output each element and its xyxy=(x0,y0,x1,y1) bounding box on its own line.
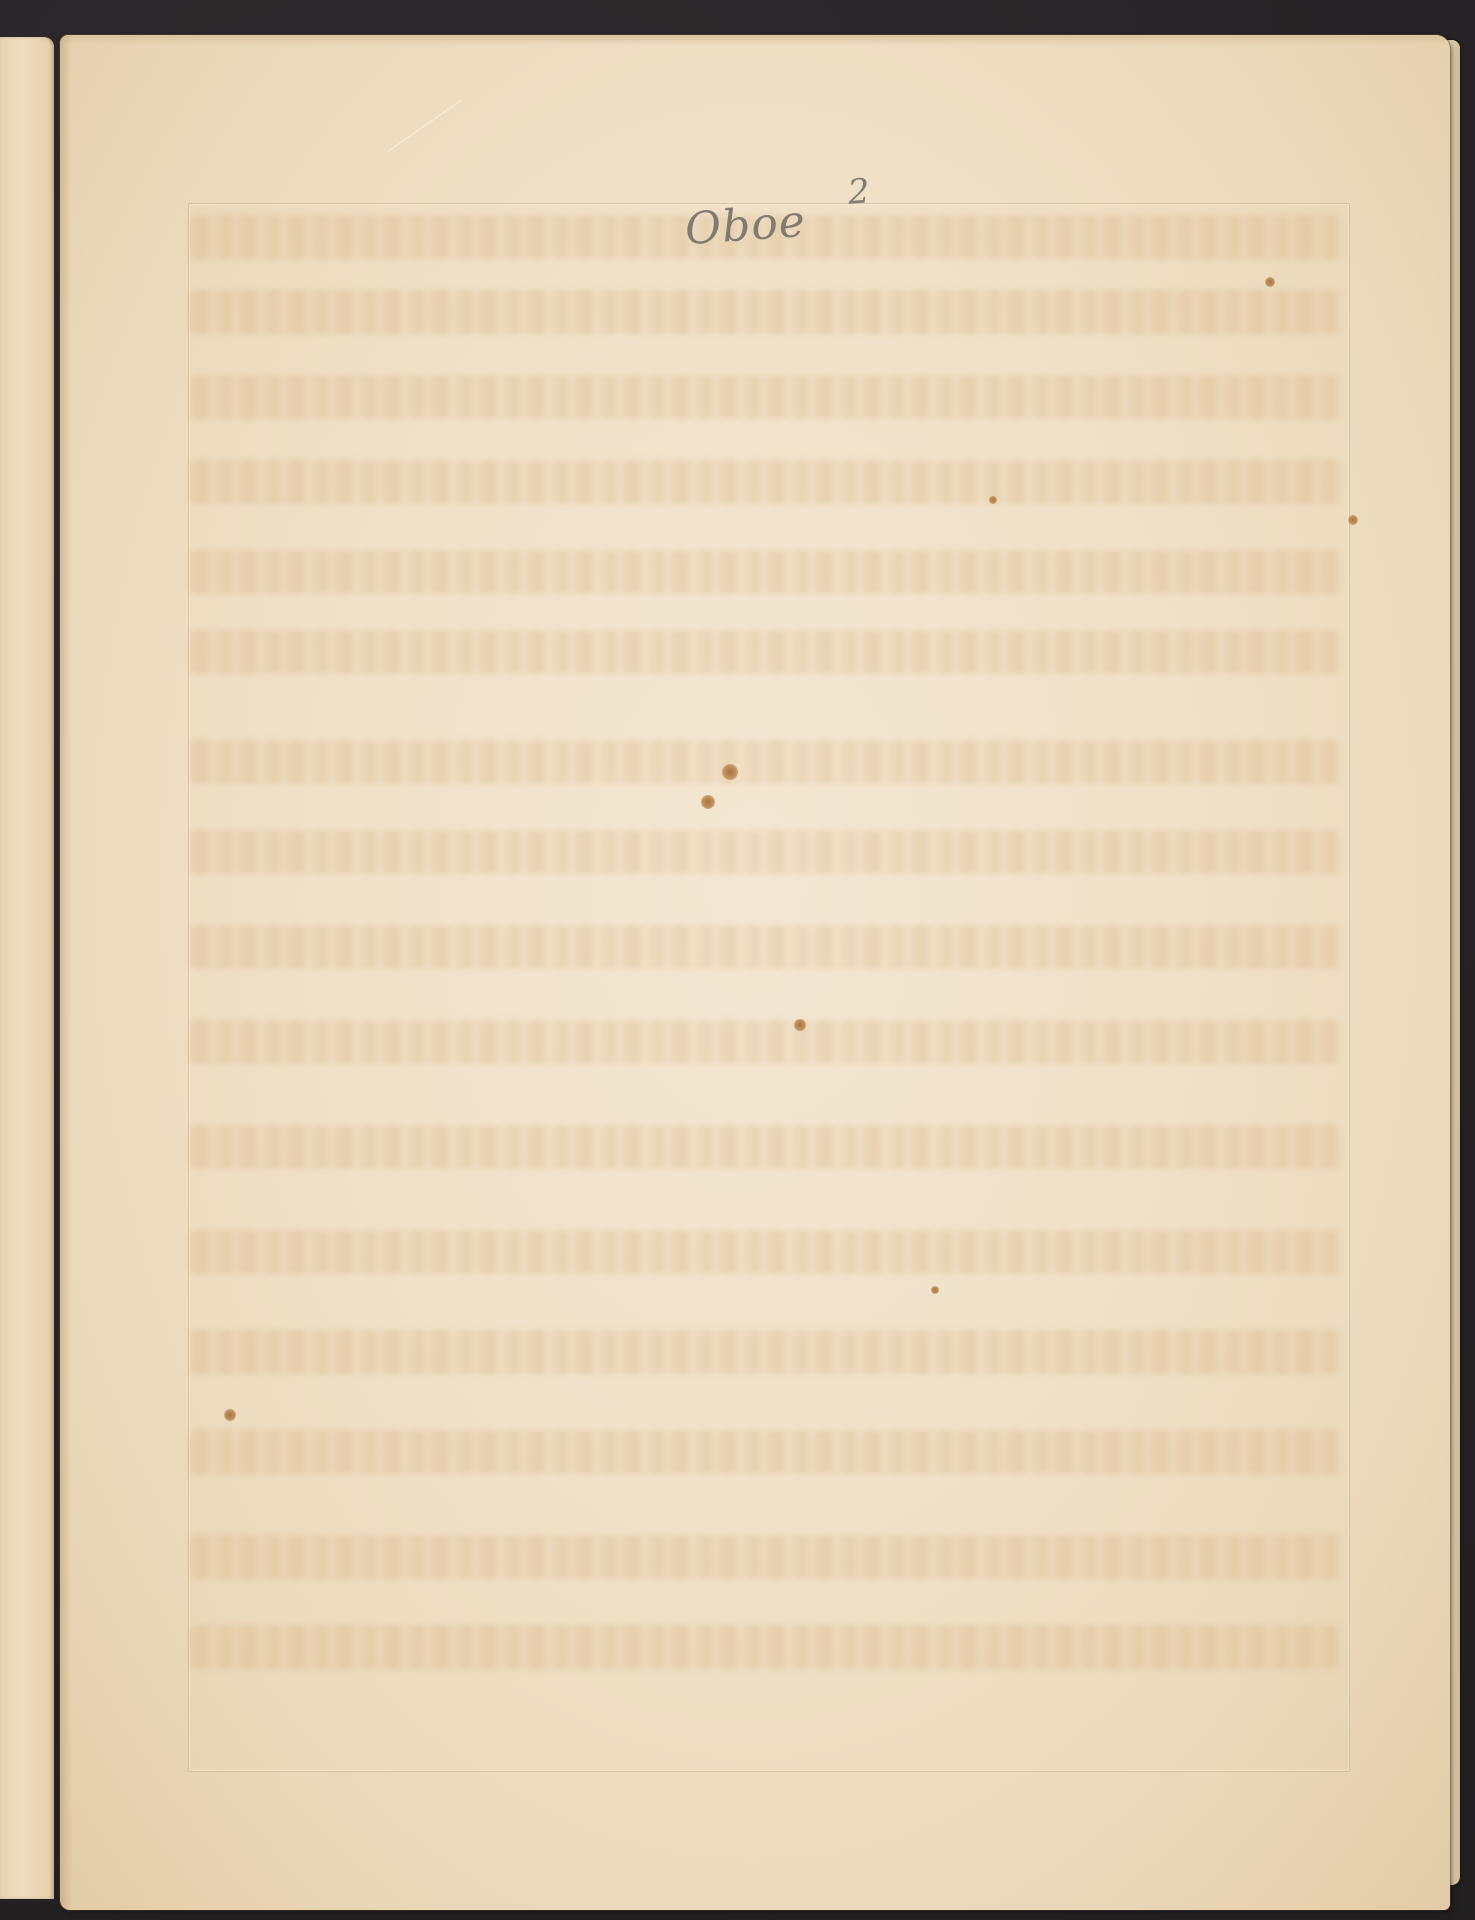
document-page: Oboe 2 xyxy=(60,35,1450,1910)
foxing-spot xyxy=(794,1019,806,1031)
gutter-shadow xyxy=(60,35,72,1910)
stave-bleed-6 xyxy=(190,630,1340,674)
stave-bleed-14 xyxy=(190,1430,1340,1474)
annotation-number: 2 xyxy=(847,171,872,212)
stave-bleed-4 xyxy=(190,460,1340,504)
foxing-spot xyxy=(701,795,715,809)
stave-bleed-11 xyxy=(190,1125,1340,1169)
stave-bleed-13 xyxy=(190,1330,1340,1374)
foxing-spot xyxy=(1265,277,1275,287)
stave-bleed-9 xyxy=(190,925,1340,969)
stave-bleed-10 xyxy=(190,1020,1340,1064)
pencil-annotation: Oboe 2 xyxy=(683,196,807,255)
stave-bleed-15 xyxy=(190,1535,1340,1579)
paper-crease xyxy=(388,99,462,151)
stave-bleed-8 xyxy=(190,830,1340,874)
stave-bleed-12 xyxy=(190,1230,1340,1274)
stave-bleed-7 xyxy=(190,740,1340,784)
foxing-spot xyxy=(931,1286,939,1294)
adjacent-page-edge xyxy=(0,37,54,1899)
stave-bleed-16 xyxy=(190,1625,1340,1669)
foxing-spot xyxy=(1348,515,1358,525)
stave-bleed-5 xyxy=(190,550,1340,594)
foxing-spot xyxy=(224,1409,236,1421)
foxing-spot xyxy=(989,496,997,504)
annotation-text: Oboe xyxy=(683,196,807,255)
stave-bleed-3 xyxy=(190,375,1340,419)
foxing-spot xyxy=(722,764,738,780)
top-edge-fold xyxy=(60,35,1450,45)
stave-bleed-2 xyxy=(190,290,1340,334)
